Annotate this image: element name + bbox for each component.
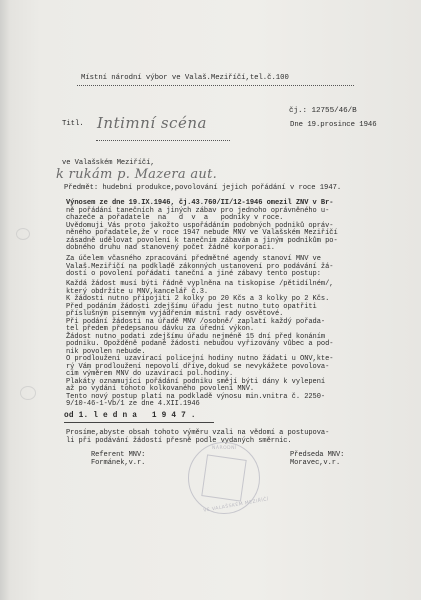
recipient-name-handwritten: Intimní scéna bbox=[97, 114, 207, 132]
reference-number: čj.: 12755/46/B bbox=[289, 108, 357, 115]
effective-date-underline bbox=[64, 422, 214, 423]
issuer-header: Místní národní výbor ve Valaš.Meziříčí,t… bbox=[81, 75, 289, 82]
stamp-emblem-icon bbox=[201, 454, 246, 501]
signature-right-name: Moravec,v.r. bbox=[290, 460, 340, 468]
scan-artifact bbox=[16, 228, 30, 240]
attention-line-handwritten: k rukám p. Mazera aut. bbox=[56, 167, 217, 182]
effective-date: od 1. l e d n a 1 9 4 7 . bbox=[64, 412, 196, 420]
subject-line: Předmět: hudební produkce,povolování jej… bbox=[64, 185, 341, 192]
stamp-top-text: NÁRODNÍ bbox=[212, 446, 237, 451]
recipient-salutation: Titl. bbox=[62, 121, 84, 128]
body-line: dobného druhu nad stanovený počet žádné … bbox=[66, 245, 275, 253]
signature-left-name: Formánek,v.r. bbox=[91, 460, 145, 468]
closing-line: li při podávání žádostí přesně podle vyd… bbox=[66, 438, 292, 446]
body-line: 9/10-46-1-Vb/1 ze dne 4.XII.1946 bbox=[66, 401, 200, 409]
document-page: Místní národní výbor ve Valaš.Meziříčí,t… bbox=[0, 0, 421, 600]
document-date: Dne 19.prosince 1946 bbox=[290, 122, 377, 129]
header-divider bbox=[77, 85, 354, 86]
scan-artifact bbox=[20, 386, 36, 400]
recipient-underline bbox=[96, 140, 230, 141]
body-line: dostí o povolení pořádati taneční a jiné… bbox=[66, 271, 321, 279]
official-stamp-icon: NÁRODNÍ VE VALAŠSKÉM MEZIŘÍČÍ bbox=[188, 442, 260, 514]
